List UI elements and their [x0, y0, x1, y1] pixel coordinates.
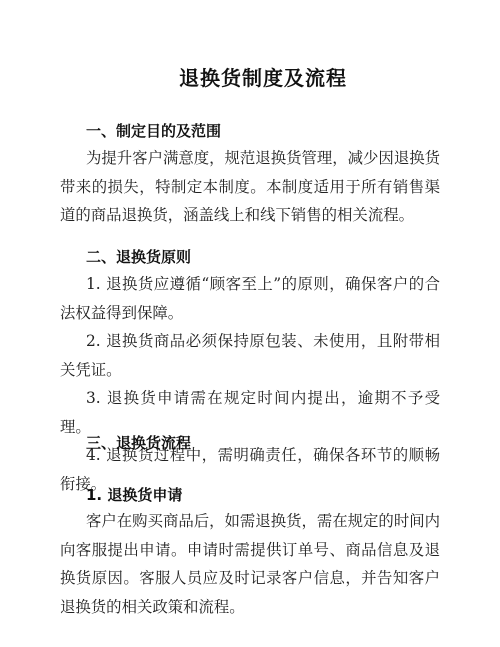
section-heading-principles: 二、退换货原则: [86, 246, 191, 267]
document-page: 退换货制度及流程 一、制定目的及范围 为提升客户满意度，规范退换货管理，减少因退…: [0, 0, 500, 647]
list-item: 2. 退换货商品必须保持原包装、未使用，且附带相关凭证。: [60, 327, 440, 384]
section-heading-purpose-scope: 一、制定目的及范围: [86, 120, 221, 141]
list-item: 1. 退换货应遵循“顾客至上”的原则，确保客户的合法权益得到保障。: [60, 270, 440, 327]
section-principles-list: 1. 退换货应遵循“顾客至上”的原则，确保客户的合法权益得到保障。 2. 退换货…: [60, 270, 440, 498]
section-heading-process: 三、退换货流程: [86, 432, 191, 453]
subsection-heading-application: 1. 退换货申请: [86, 484, 182, 505]
paragraph: 客户在购买商品后，如需退换货，需在规定的时间内向客服提出申请。申请时需提供订单号…: [60, 507, 440, 621]
subsection-application-body: 客户在购买商品后，如需退换货，需在规定的时间内向客服提出申请。申请时需提供订单号…: [60, 507, 440, 621]
paragraph: 为提升客户满意度，规范退换货管理，减少因退换货带来的损失，特制定本制度。本制度适…: [60, 144, 440, 230]
section-purpose-scope-body: 为提升客户满意度，规范退换货管理，减少因退换货带来的损失，特制定本制度。本制度适…: [60, 144, 440, 230]
document-title: 退换货制度及流程: [0, 62, 500, 91]
